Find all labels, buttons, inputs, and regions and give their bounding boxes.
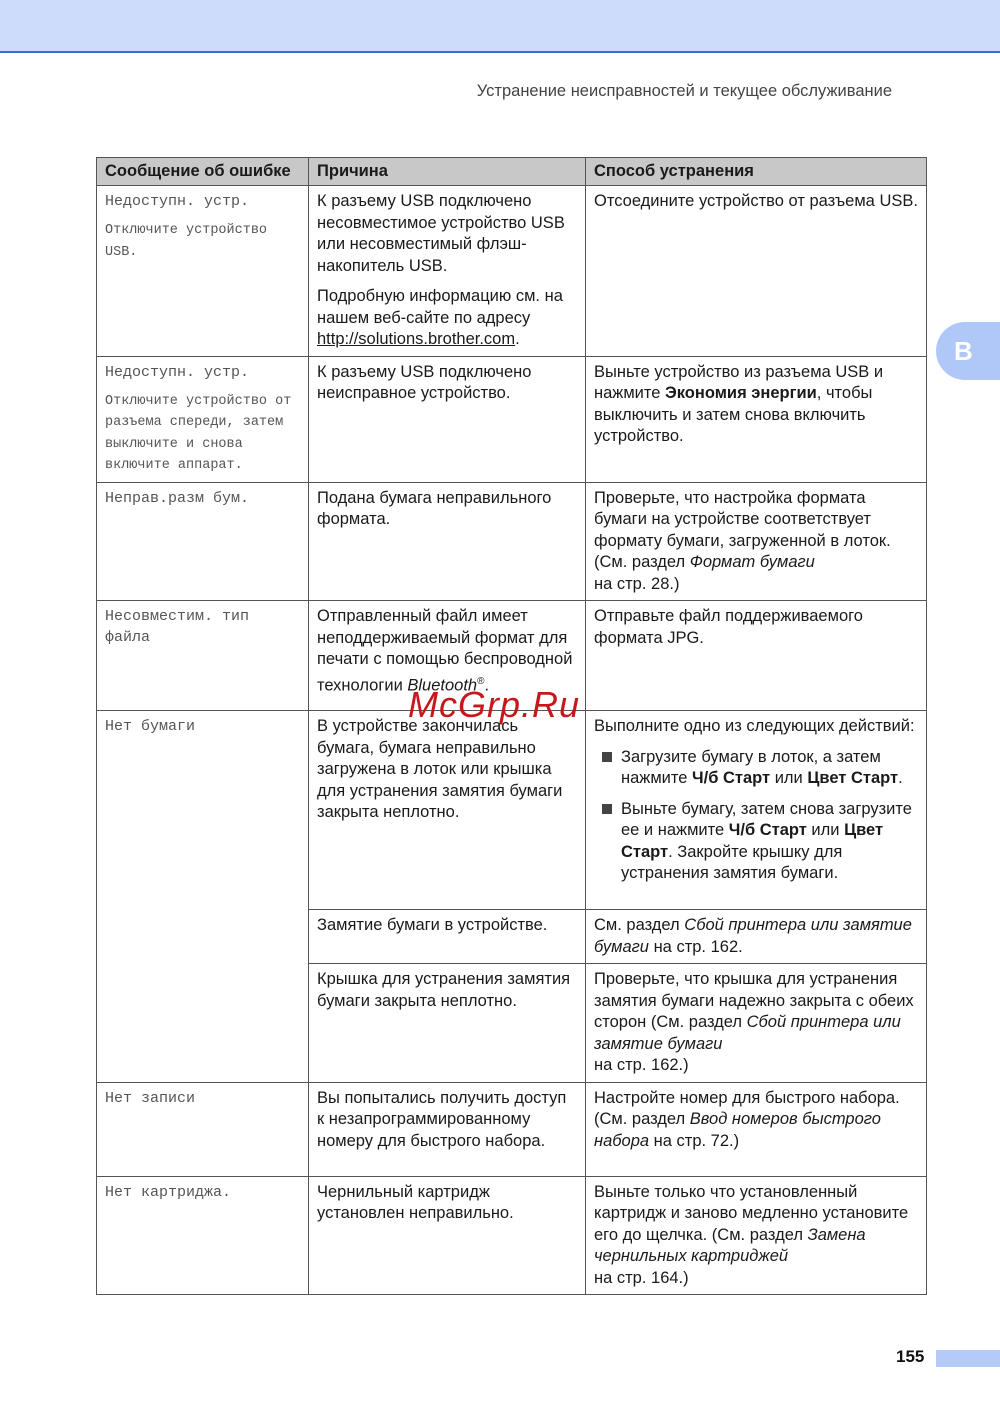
cause-cell: К разъему USB подключено неисправное уст… — [309, 356, 586, 482]
cause-cell: Чернильный картридж установлен неправиль… — [309, 1176, 586, 1295]
error-message-detail: Отключите устройство USB. — [105, 220, 301, 263]
cause-text: Отправленный файл имеет неподдерживаемый… — [317, 606, 578, 697]
column-header-message: Сообщение об ошибке — [97, 158, 309, 186]
fix-text: Выньте только что установленный картридж… — [594, 1182, 919, 1290]
table-row: Нет бумаги В устройстве закончилась бума… — [97, 711, 927, 910]
list-item: Загрузите бумагу в лоток, а затем нажмит… — [594, 747, 919, 790]
cause-text: К разъему USB подключено неисправное уст… — [317, 362, 578, 405]
fix-text-part: на стр. 164.) — [594, 1269, 689, 1287]
fix-cell: Отправьте файл поддерживаемого формата J… — [586, 601, 927, 711]
punctuation: . — [515, 330, 520, 348]
fix-text: Отправьте файл поддерживаемого формата J… — [594, 606, 919, 649]
list-text: или — [770, 769, 807, 787]
fix-cell: Выполните одно из следующих действий: За… — [586, 711, 927, 910]
error-message-cell: Недоступн. устр. Отключите устройство US… — [97, 186, 309, 357]
fix-text: См. раздел Сбой принтера или замятие бум… — [594, 915, 919, 958]
error-message-cell: Нет записи — [97, 1082, 309, 1176]
error-message: Недоступн. устр. — [105, 362, 301, 383]
fix-cell: Настройте номер для быстрого набора. (См… — [586, 1082, 927, 1176]
running-title: Устранение неисправностей и текущее обсл… — [477, 82, 892, 101]
watermark: McGrp.Ru — [408, 684, 580, 726]
error-message-cell: Несовместим. тип файла — [97, 601, 309, 711]
table-row: Нет картриджа. Чернильный картридж устан… — [97, 1176, 927, 1295]
button-name-mono-start: Ч/б Старт — [729, 821, 807, 839]
fix-text-part: на стр. 72.) — [649, 1132, 739, 1150]
error-message: Нет бумаги — [105, 716, 301, 737]
fix-text-part: См. раздел — [594, 916, 684, 934]
fix-cell: Выньте только что установленный картридж… — [586, 1176, 927, 1295]
cause-text: Крышка для устранения замятия бумаги зак… — [317, 969, 578, 1012]
cause-text: Подана бумага неправильного формата. — [317, 488, 578, 531]
fix-text-part: на стр. 162.) — [594, 1056, 689, 1074]
column-header-cause: Причина — [309, 158, 586, 186]
fix-text-part: на стр. 162. — [649, 938, 743, 956]
error-message: Несовместим. тип файла — [105, 606, 301, 648]
fix-cell: Выньте устройство из разъема USB и нажми… — [586, 356, 927, 482]
fix-cell: Проверьте, что крышка для устранения зам… — [586, 964, 927, 1083]
error-message-cell: Нет бумаги — [97, 711, 309, 1083]
chapter-tab[interactable]: B — [936, 322, 1000, 380]
cause-cell: Замятие бумаги в устройстве. — [309, 910, 586, 964]
cause-text: Чернильный картридж установлен неправиль… — [317, 1182, 578, 1225]
error-message: Нет записи — [105, 1088, 301, 1109]
cause-cell: Подана бумага неправильного формата. — [309, 482, 586, 601]
fix-intro: Выполните одно из следующих действий: — [594, 716, 919, 738]
error-message: Неправ.разм бум. — [105, 488, 301, 509]
list-item: Выньте бумагу, затем снова загрузите ее … — [594, 799, 919, 885]
error-message-cell: Неправ.разм бум. — [97, 482, 309, 601]
error-message-cell: Недоступн. устр. Отключите устройство от… — [97, 356, 309, 482]
button-name-power-save: Экономия энергии — [665, 384, 817, 402]
table-header-row: Сообщение об ошибке Причина Способ устра… — [97, 158, 927, 186]
fix-text: Проверьте, что настройка формата бумаги … — [594, 488, 919, 596]
top-color-band — [0, 0, 1000, 53]
square-bullet-icon — [602, 752, 612, 762]
cause-cell: К разъему USB подключено несовместимое у… — [309, 186, 586, 357]
error-message: Нет картриджа. — [105, 1182, 301, 1203]
error-message: Недоступн. устр. — [105, 191, 301, 212]
fix-text: Отсоедините устройство от разъема USB. — [594, 191, 919, 213]
support-website-link[interactable]: http://solutions.brother.com — [317, 330, 515, 348]
cause-cell: Крышка для устранения замятия бумаги зак… — [309, 964, 586, 1083]
cause-more-info-text: Подробную информацию см. на нашем веб-са… — [317, 287, 563, 327]
fix-options-list: Загрузите бумагу в лоток, а затем нажмит… — [594, 747, 919, 885]
error-message-cell: Нет картриджа. — [97, 1176, 309, 1295]
list-text: . — [898, 769, 903, 787]
square-bullet-icon — [602, 804, 612, 814]
list-text: или — [807, 821, 844, 839]
page-number-bar — [936, 1350, 1000, 1367]
cause-cell: Вы попытались получить доступ к незапрог… — [309, 1082, 586, 1176]
error-message-detail: Отключите устройство от разъема спереди,… — [105, 391, 301, 477]
cause-more-info: Подробную информацию см. на нашем веб-са… — [317, 286, 578, 351]
fix-text-part: на стр. 28.) — [594, 575, 679, 593]
fix-cell: Проверьте, что настройка формата бумаги … — [586, 482, 927, 601]
fix-cell: Отсоедините устройство от разъема USB. — [586, 186, 927, 357]
error-messages-table: Сообщение об ошибке Причина Способ устра… — [96, 157, 927, 1295]
cross-reference[interactable]: Формат бумаги — [690, 553, 815, 571]
page-number: 155 — [896, 1347, 924, 1367]
table-row: Недоступн. устр. Отключите устройство US… — [97, 186, 927, 357]
cause-text: К разъему USB подключено несовместимое у… — [317, 191, 578, 277]
table-row: Неправ.разм бум. Подана бумага неправиль… — [97, 482, 927, 601]
button-name-mono-start: Ч/б Старт — [692, 769, 770, 787]
cause-text: Замятие бумаги в устройстве. — [317, 915, 578, 937]
table-row: Недоступн. устр. Отключите устройство от… — [97, 356, 927, 482]
column-header-fix: Способ устранения — [586, 158, 927, 186]
fix-cell: См. раздел Сбой принтера или замятие бум… — [586, 910, 927, 964]
fix-text: Настройте номер для быстрого набора. (См… — [594, 1088, 919, 1153]
button-name-colour-start: Цвет Старт — [807, 769, 898, 787]
cause-text: Вы попытались получить доступ к незапрог… — [317, 1088, 578, 1153]
fix-text: Проверьте, что крышка для устранения зам… — [594, 969, 919, 1077]
cause-text: В устройстве закончилась бумага, бумага … — [317, 716, 578, 824]
table-row: Нет записи Вы попытались получить доступ… — [97, 1082, 927, 1176]
cause-cell: В устройстве закончилась бумага, бумага … — [309, 711, 586, 910]
fix-text: Выньте устройство из разъема USB и нажми… — [594, 362, 919, 448]
